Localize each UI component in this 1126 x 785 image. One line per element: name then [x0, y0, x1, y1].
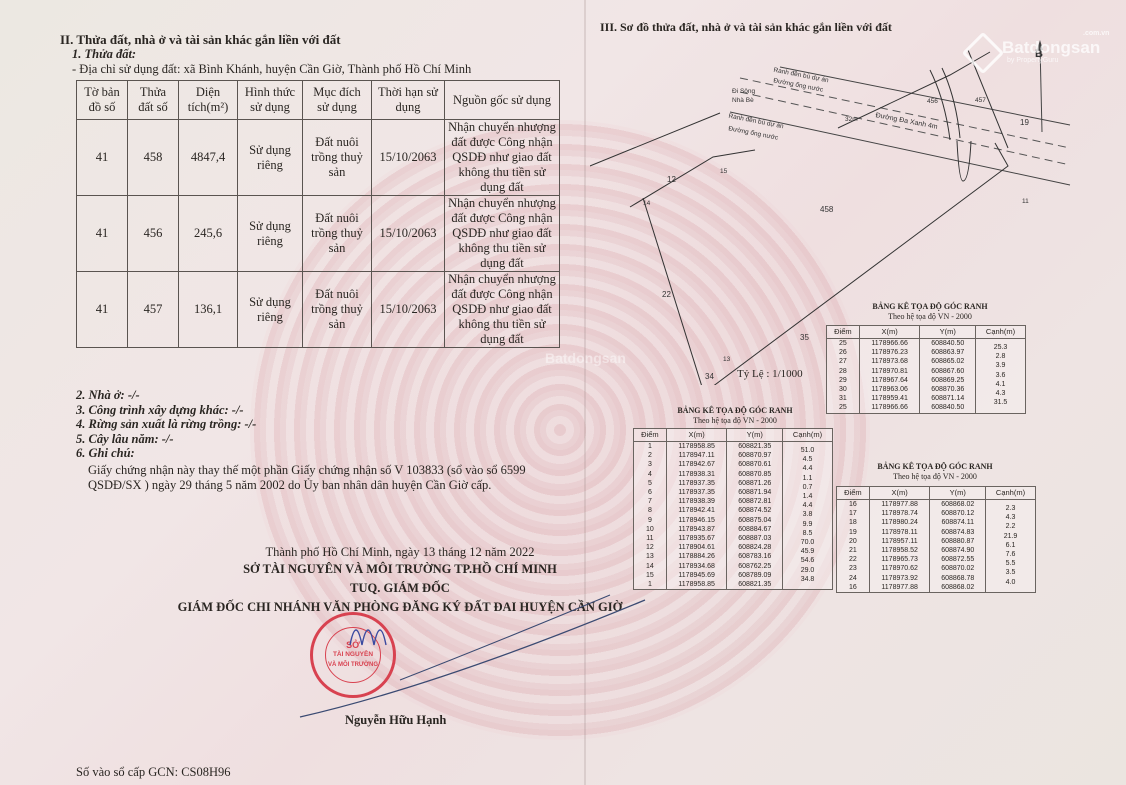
coord-point: 16 — [837, 583, 870, 593]
coord-point: 9 — [634, 516, 667, 525]
coord-x: 1178959.41 — [859, 394, 920, 403]
coord-point: 13 — [634, 552, 667, 561]
coord-x: 1178946.15 — [666, 516, 727, 525]
coord-point: 30 — [827, 385, 860, 394]
label-point-15: 15 — [720, 168, 727, 175]
coord-edge: 1.1 — [783, 474, 833, 483]
coord-point: 5 — [634, 479, 667, 488]
coord-point: 29 — [827, 376, 860, 385]
coord-y: 608789.09 — [727, 571, 783, 580]
coord-edge: 7.6 — [986, 550, 1036, 559]
cell-parcel: 457 — [128, 272, 179, 348]
table-row: 41 456 245,6 Sử dụng riêng Đất nuôi trồn… — [77, 196, 560, 272]
coord-y: 608871.94 — [727, 488, 783, 497]
coord-point: 6 — [634, 488, 667, 497]
coord-y: 608863.97 — [920, 348, 976, 357]
coord-edge: 4.4 — [783, 464, 833, 473]
coord-y: 608874.52 — [727, 506, 783, 515]
item-notes-label: 6. Ghi chú: — [76, 446, 256, 461]
col-purpose: Mục đích sử dụng — [303, 81, 372, 120]
coord-point: 11 — [634, 534, 667, 543]
coord-edge: 70.0 — [783, 538, 833, 547]
coord-x: 1178980.24 — [869, 518, 930, 527]
cell-origin: Nhận chuyển nhượng đất được Công nhận QS… — [445, 272, 560, 348]
coord-point: 1 — [634, 580, 667, 590]
coord-x: 1178965.73 — [869, 555, 930, 564]
coord-edge: 4.1 — [976, 380, 1026, 389]
coord-point: 20 — [837, 537, 870, 546]
coord-point: 25 — [827, 339, 860, 349]
other-assets-list: 2. Nhà ở: -/- 3. Công trình xây dựng khá… — [76, 388, 256, 461]
coord-row: 161178977.88608868.022.3 — [837, 500, 1036, 510]
coord-x: 1178977.88 — [869, 583, 930, 593]
item-house: 2. Nhà ở: -/- — [76, 388, 256, 403]
coord-x: 1178943.87 — [666, 525, 727, 534]
coord-edge: 54.6 — [783, 556, 833, 565]
coord-point: 8 — [634, 506, 667, 515]
watermark-brand: Batdongsan — [1002, 38, 1100, 58]
label-point-11: 11 — [1022, 198, 1029, 205]
coord-x: 1178976.23 — [859, 348, 920, 357]
table-row: 41 457 136,1 Sử dụng riêng Đất nuôi trồn… — [77, 272, 560, 348]
coord-point: 15 — [634, 571, 667, 580]
cell-origin: Nhận chuyển nhượng đất được Công nhận QS… — [445, 120, 560, 196]
coord-x: 1178934.68 — [666, 562, 727, 571]
coord-y: 608868.02 — [930, 583, 986, 593]
coord-point: 4 — [634, 470, 667, 479]
coord-x: 1178977.88 — [869, 500, 930, 510]
label-point-14: 14 — [643, 200, 650, 207]
coord-x: 1178938.31 — [666, 470, 727, 479]
coord-y: 608884.67 — [727, 525, 783, 534]
coord-x: 1178978.74 — [869, 509, 930, 518]
coord-y: 608840.50 — [920, 403, 976, 413]
coord-y: 608870.97 — [727, 451, 783, 460]
land-address: - Địa chỉ sử dụng đất: xã Bình Khánh, hu… — [72, 62, 471, 77]
cell-purpose: Đất nuôi trồng thuỷ sản — [303, 120, 372, 196]
coord-row: 251178966.66608840.5025.3 — [827, 339, 1026, 349]
coord-y: 608870.36 — [920, 385, 976, 394]
coord-y: 608783.16 — [727, 552, 783, 561]
coord-point: 22 — [837, 555, 870, 564]
coord-y: 608870.02 — [930, 564, 986, 573]
coord-y: 608874.83 — [930, 528, 986, 537]
signer-name: Nguyễn Hữu Hạnh — [345, 713, 446, 728]
label-point-13: 13 — [723, 356, 730, 363]
coord-y: 608874.11 — [930, 518, 986, 527]
col-origin: Nguồn gốc sử dụng — [445, 81, 560, 120]
cell-purpose: Đất nuôi trồng thuỷ sản — [303, 272, 372, 348]
cell-term: 15/10/2063 — [372, 196, 445, 272]
coord-y: 608875.04 — [727, 516, 783, 525]
coord-x: 1178945.69 — [666, 571, 727, 580]
coord-x: 1178973.68 — [859, 357, 920, 366]
coord-edge: 2.3 — [986, 504, 1036, 514]
coord-edge: 2.8 — [976, 352, 1026, 361]
map-scale: Tỷ Lệ : 1/1000 — [737, 368, 803, 380]
cell-term: 15/10/2063 — [372, 272, 445, 348]
watermark-tagline: by PropertyGuru — [1007, 57, 1058, 64]
coord-edge — [976, 407, 1026, 417]
coord-y: 608869.25 — [920, 376, 976, 385]
registry-number: Số vào sổ cấp GCN: CS08H96 — [76, 765, 231, 780]
coord-edge: 51.0 — [783, 446, 833, 456]
coord-point: 25 — [827, 403, 860, 413]
coord-point: 7 — [634, 497, 667, 506]
coord-edge: 25.3 — [976, 343, 1026, 353]
section-2-title: II. Thửa đất, nhà ở và tài sản khác gắn … — [60, 32, 341, 48]
coord-title-456: BẢNG KÊ TỌA ĐỘ GÓC RANH Theo hệ tọa độ V… — [835, 302, 1025, 322]
item-other-construction: 3. Công trình xây dựng khác: -/- — [76, 403, 256, 418]
label-neighbor-22: 22 — [662, 290, 671, 299]
coord-edge: 31.5 — [976, 398, 1026, 407]
watermark-brand-center: Batdongsan — [545, 350, 626, 366]
col-map-sheet: Tờ bản đồ số — [77, 81, 128, 120]
table-row: 41 458 4847,4 Sử dụng riêng Đất nuôi trồ… — [77, 120, 560, 196]
coord-x: 1178970.81 — [859, 367, 920, 376]
issuing-org: SỞ TÀI NGUYÊN VÀ MÔI TRƯỜNG TP.HỒ CHÍ MI… — [150, 562, 650, 577]
label-river-2: Nhà Bè — [732, 97, 754, 104]
label-neighbor-35: 35 — [800, 333, 809, 342]
coord-edge: 0.7 — [783, 483, 833, 492]
coord-edge: 3.9 — [976, 361, 1026, 370]
coord-y: 608868.02 — [930, 500, 986, 510]
coord-y: 608887.03 — [727, 534, 783, 543]
coord-y: 608872.55 — [930, 555, 986, 564]
coord-header: ĐiểmX(m)Y(m)Cạnh(m) — [837, 487, 1036, 500]
coord-point: 1 — [634, 442, 667, 452]
coord-x: 1178957.11 — [869, 537, 930, 546]
coord-edge: 4.5 — [783, 455, 833, 464]
cell-parcel: 456 — [128, 196, 179, 272]
coord-point: 2 — [634, 451, 667, 460]
coord-x: 1178958.52 — [869, 546, 930, 555]
cell-purpose: Đất nuôi trồng thuỷ sản — [303, 196, 372, 272]
coord-x: 1178978.11 — [869, 528, 930, 537]
coord-table-457: ĐiểmX(m)Y(m)Cạnh(m) 161178977.88608868.0… — [836, 486, 1036, 593]
coord-edge: 1.4 — [783, 492, 833, 501]
col-parcel: Thửa đất số — [128, 81, 179, 120]
coord-y: 608871.14 — [920, 394, 976, 403]
coord-title-458: BẢNG KÊ TỌA ĐỘ GÓC RANH Theo hệ tọa độ V… — [640, 406, 830, 426]
label-neighbor-34: 34 — [705, 372, 714, 381]
coord-x: 1178970.62 — [869, 564, 930, 573]
coord-edge — [986, 587, 1036, 597]
subsection-parcel: 1. Thửa đất: — [72, 47, 136, 62]
watermark-domain: .com.vn — [1083, 30, 1109, 37]
coord-x: 1178947.11 — [666, 451, 727, 460]
coord-point: 14 — [634, 562, 667, 571]
label-parcel-457: 457 — [975, 97, 986, 104]
coord-table-458: ĐiểmX(m)Y(m)Cạnh(m) 11178958.85608821.35… — [633, 428, 833, 590]
coord-header: ĐiểmX(m)Y(m)Cạnh(m) — [827, 326, 1026, 339]
coord-row: 11178958.85608821.3551.0 — [634, 442, 833, 452]
coord-x: 1178942.41 — [666, 506, 727, 515]
coord-edge — [783, 584, 833, 594]
coord-x: 1178963.06 — [859, 385, 920, 394]
cell-map-sheet: 41 — [77, 120, 128, 196]
coord-x: 1178973.92 — [869, 574, 930, 583]
coord-x: 1178938.39 — [666, 497, 727, 506]
coord-x: 1178958.85 — [666, 442, 727, 452]
parcel-table: Tờ bản đồ số Thửa đất số Diện tích(m²) H… — [76, 80, 560, 348]
coord-x: 1178937.35 — [666, 488, 727, 497]
cell-form: Sử dụng riêng — [238, 196, 303, 272]
coord-edge: 4.4 — [783, 501, 833, 510]
coord-x: 1178904.61 — [666, 543, 727, 552]
col-area: Diện tích(m²) — [179, 81, 238, 120]
coord-edge: 3.8 — [783, 510, 833, 519]
col-term: Thời hạn sử dụng — [372, 81, 445, 120]
coord-y: 608865.02 — [920, 357, 976, 366]
label-river-1: Đi Sông — [732, 88, 755, 95]
coord-y: 608880.87 — [930, 537, 986, 546]
coord-edge: 4.3 — [976, 389, 1026, 398]
coord-edge: 2.2 — [986, 522, 1036, 531]
coord-y: 608870.12 — [930, 509, 986, 518]
cell-form: Sử dụng riêng — [238, 272, 303, 348]
coord-point: 27 — [827, 357, 860, 366]
coord-edge: 6.1 — [986, 541, 1036, 550]
coord-y: 608870.61 — [727, 460, 783, 469]
coord-point: 28 — [827, 367, 860, 376]
coord-y: 608871.26 — [727, 479, 783, 488]
col-form: Hình thức sử dụng — [238, 81, 303, 120]
note-line-2: QSDĐ/SX ) ngày 29 tháng 5 năm 2002 do Ủy… — [88, 478, 491, 493]
cell-map-sheet: 41 — [77, 272, 128, 348]
cell-area: 245,6 — [179, 196, 238, 272]
coord-edge: 4.3 — [986, 513, 1036, 522]
coord-x: 1178935.67 — [666, 534, 727, 543]
coord-y: 608821.35 — [727, 580, 783, 590]
item-planted-forest: 4. Rừng sản xuất là rừng trồng: -/- — [76, 417, 256, 432]
coord-y: 608840.50 — [920, 339, 976, 349]
cell-origin: Nhận chuyển nhượng đất được Công nhận QS… — [445, 196, 560, 272]
coord-point: 10 — [634, 525, 667, 534]
coord-x: 1178966.66 — [859, 339, 920, 349]
cell-area: 4847,4 — [179, 120, 238, 196]
coord-edge: 8.5 — [783, 529, 833, 538]
coord-edge: 45.9 — [783, 547, 833, 556]
coord-edge: 9.9 — [783, 520, 833, 529]
coord-y: 608874.90 — [930, 546, 986, 555]
coord-y: 608872.81 — [727, 497, 783, 506]
coord-edge: 5.5 — [986, 559, 1036, 568]
coord-point: 18 — [837, 518, 870, 527]
coord-x: 1178937.35 — [666, 479, 727, 488]
coord-edge: 4.0 — [986, 578, 1036, 587]
coord-edge: 3.6 — [976, 371, 1026, 380]
cell-parcel: 458 — [128, 120, 179, 196]
label-neighbor-12: 12 — [667, 175, 676, 184]
coord-point: 17 — [837, 509, 870, 518]
cell-form: Sử dụng riêng — [238, 120, 303, 196]
note-line-1: Giấy chứng nhận này thay thế một phần Gi… — [88, 463, 526, 478]
coord-point: 16 — [837, 500, 870, 510]
coord-x: 1178958.85 — [666, 580, 727, 590]
coord-y: 608762.25 — [727, 562, 783, 571]
coord-point: 26 — [827, 348, 860, 357]
coord-x: 1178884.26 — [666, 552, 727, 561]
handwritten-signature — [290, 585, 650, 725]
coord-y: 608867.60 — [920, 367, 976, 376]
cell-term: 15/10/2063 — [372, 120, 445, 196]
coord-point: 21 — [837, 546, 870, 555]
place-date: Thành phố Hồ Chí Minh, ngày 13 tháng 12 … — [150, 545, 650, 560]
label-parcel-458: 458 — [820, 205, 833, 214]
coord-x: 1178967.64 — [859, 376, 920, 385]
label-road-width: 32m — [845, 116, 858, 123]
coord-point: 23 — [837, 564, 870, 573]
parcel-table-header: Tờ bản đồ số Thửa đất số Diện tích(m²) H… — [77, 81, 560, 120]
coord-edge: 29.0 — [783, 566, 833, 575]
coord-y: 608870.85 — [727, 470, 783, 479]
coord-point: 19 — [837, 528, 870, 537]
coord-point: 24 — [837, 574, 870, 583]
coord-table-456: ĐiểmX(m)Y(m)Cạnh(m) 251178966.66608840.5… — [826, 325, 1026, 414]
cell-area: 136,1 — [179, 272, 238, 348]
coord-point: 3 — [634, 460, 667, 469]
label-neighbor-19: 19 — [1020, 118, 1029, 127]
coord-title-457: BẢNG KÊ TỌA ĐỘ GÓC RANH Theo hệ tọa độ V… — [840, 462, 1030, 482]
label-parcel-456: 456 — [927, 98, 938, 105]
coord-point: 31 — [827, 394, 860, 403]
coord-x: 1178942.67 — [666, 460, 727, 469]
item-perennial-trees: 5. Cây lâu năm: -/- — [76, 432, 256, 447]
coord-x: 1178966.66 — [859, 403, 920, 413]
cell-map-sheet: 41 — [77, 196, 128, 272]
coord-y: 608824.28 — [727, 543, 783, 552]
coord-point: 12 — [634, 543, 667, 552]
coord-edge: 3.5 — [986, 568, 1036, 577]
coord-header: ĐiểmX(m)Y(m)Cạnh(m) — [634, 429, 833, 442]
section-3-title: III. Sơ đồ thửa đất, nhà ở và tài sản kh… — [600, 20, 892, 35]
coord-y: 608821.35 — [727, 442, 783, 452]
coord-y: 608868.78 — [930, 574, 986, 583]
coord-edge: 34.8 — [783, 575, 833, 584]
coord-edge: 21.9 — [986, 532, 1036, 541]
